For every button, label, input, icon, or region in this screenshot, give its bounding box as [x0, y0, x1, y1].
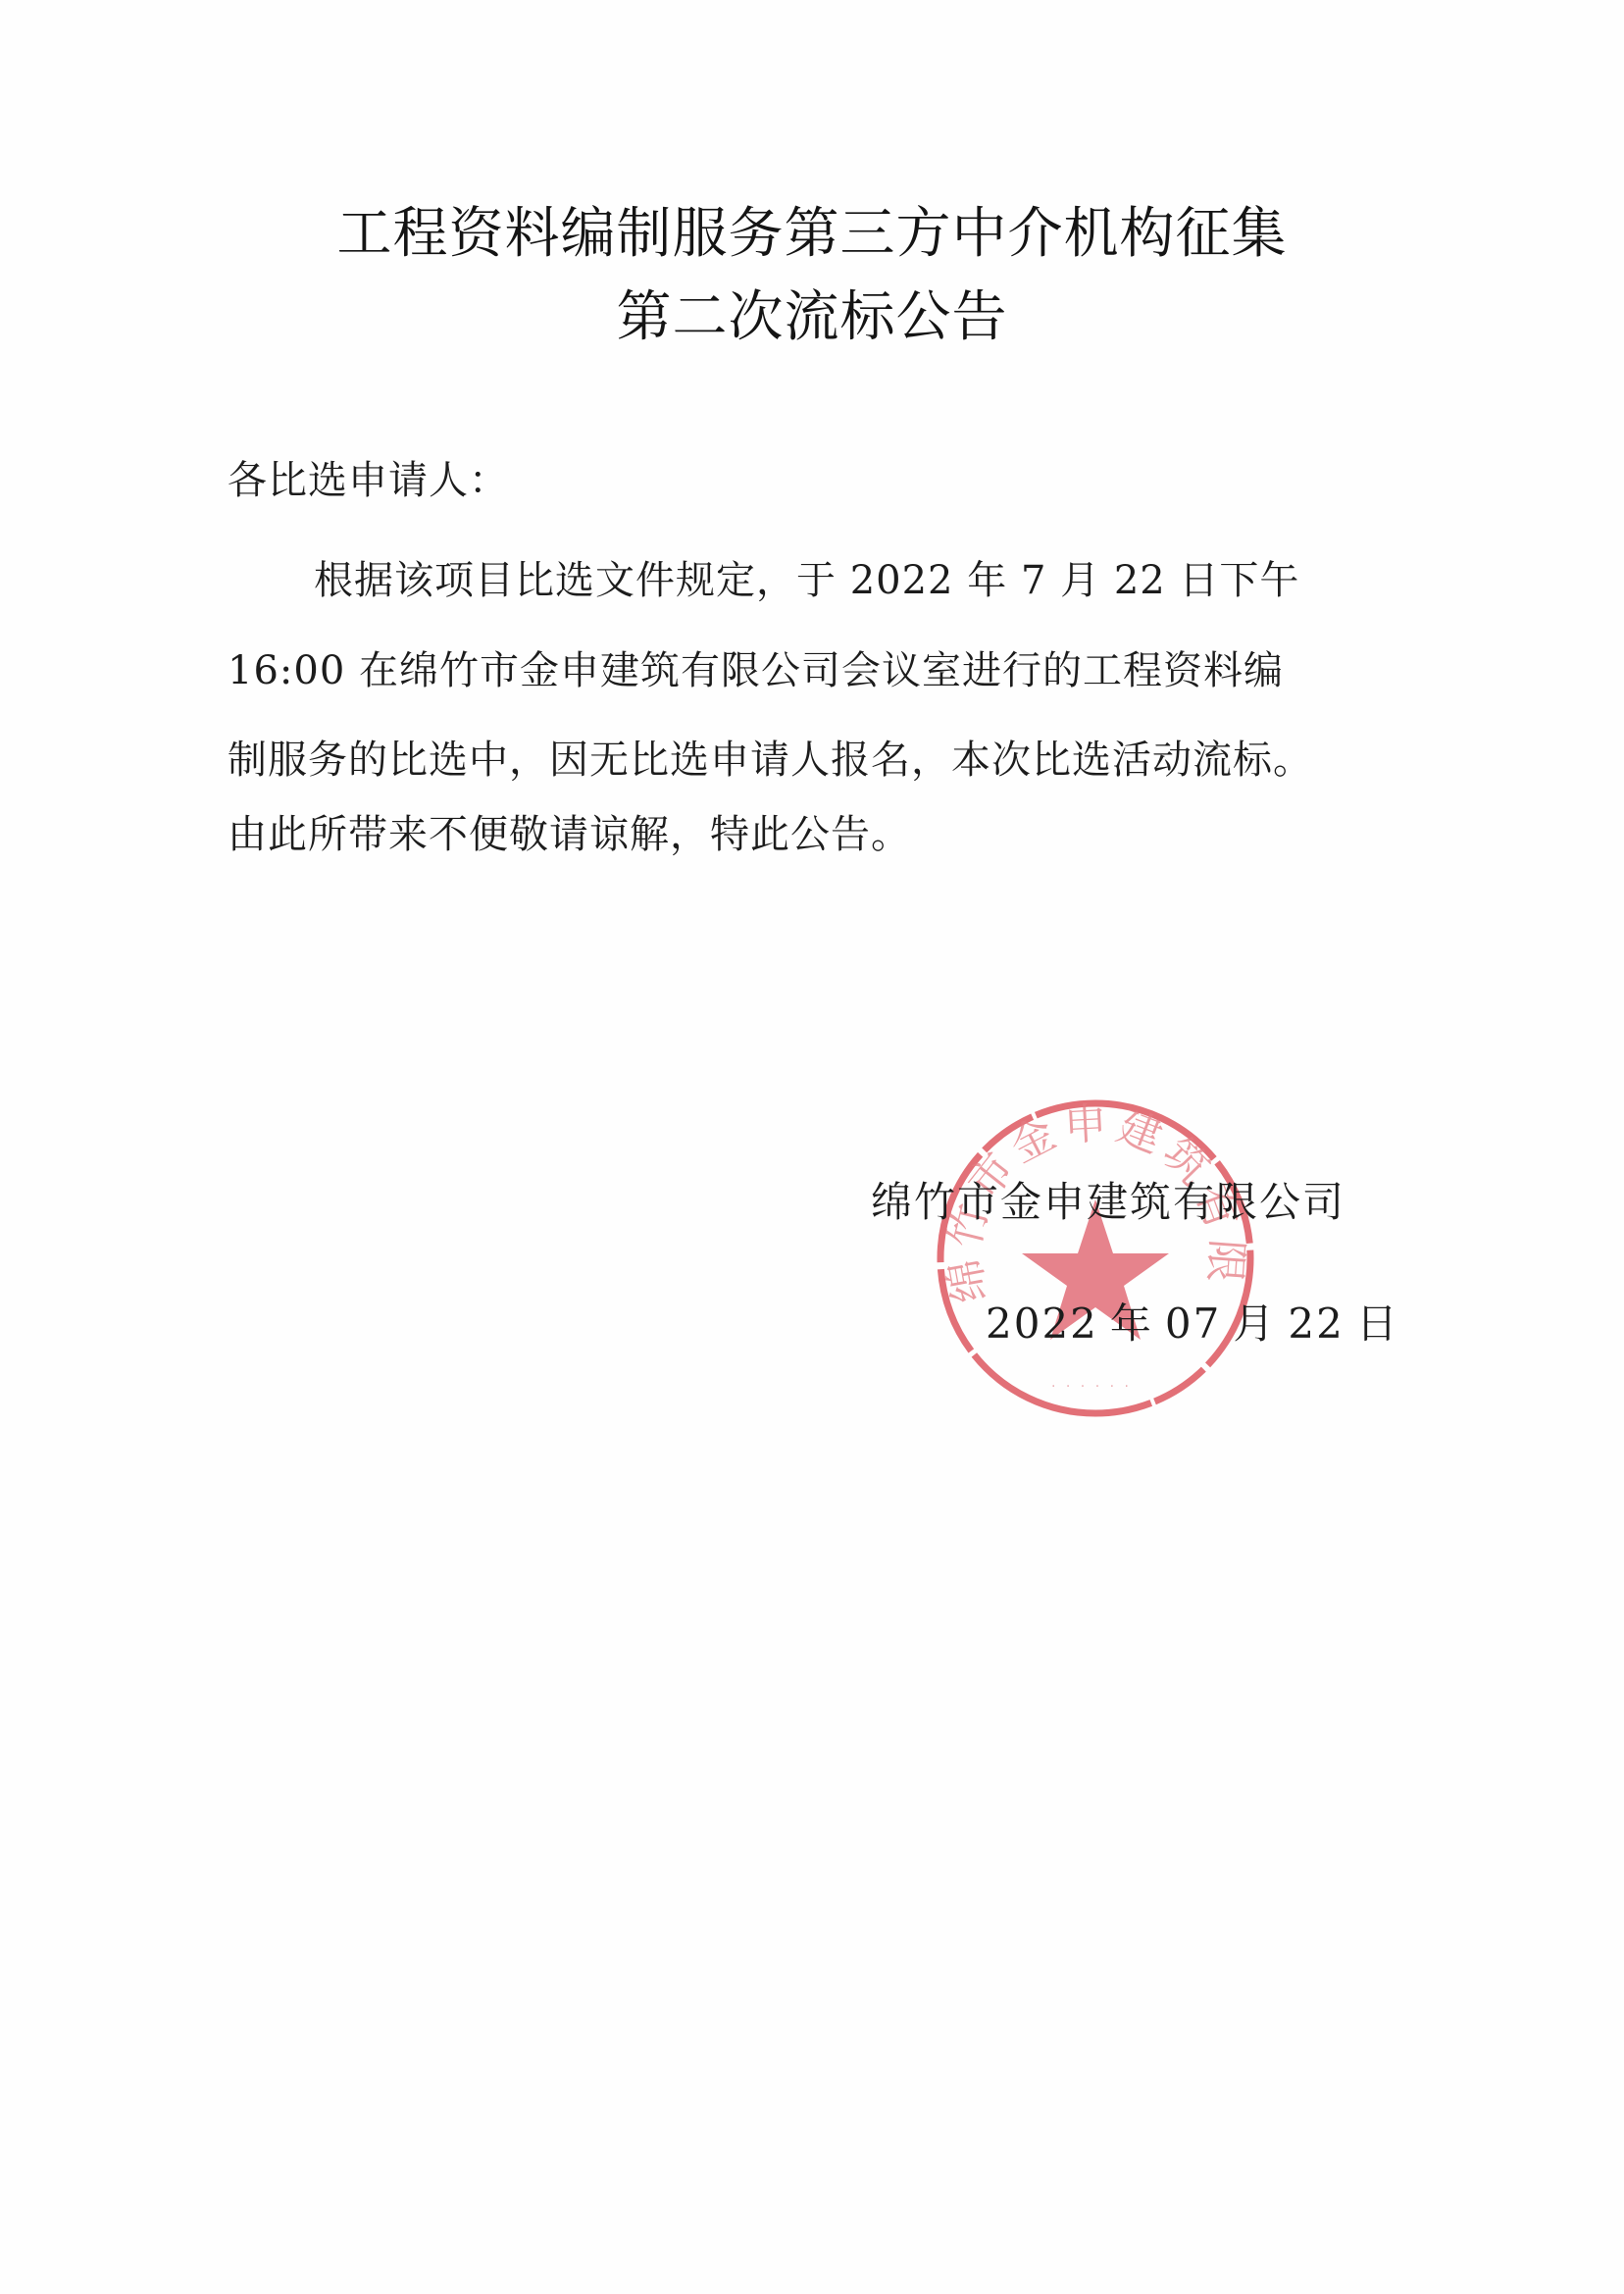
signature-company: 绵竹市金申建筑有限公司	[871, 1179, 1345, 1226]
document-title-line-2: 第二次流标公告	[0, 284, 1624, 351]
date-month: 07	[1165, 1300, 1221, 1348]
date-year: 2022	[986, 1300, 1098, 1348]
signature-date: 2022年07月22日	[986, 1300, 1411, 1348]
date-day-unit: 日	[1356, 1300, 1399, 1348]
svg-text:· · · · · ·: · · · · · ·	[1051, 1379, 1132, 1395]
document-page: 工程资料编制服务第三方中介机构征集 第二次流标公告 各比选申请人： 根据该项目比…	[0, 0, 1624, 2294]
company-seal-icon: 绵竹市金申建筑有限公司 · · · · · ·	[934, 1096, 1257, 1420]
date-month-unit: 月	[1233, 1300, 1276, 1348]
body-paragraph-line: 16:00 在绵竹市金申建筑有限公司会议室进行的工程资料编	[228, 647, 1284, 694]
date-day: 22	[1288, 1300, 1344, 1348]
body-paragraph-line: 根据该项目比选文件规定，于 2022 年 7 月 22 日下午	[314, 557, 1299, 604]
body-paragraph-line: 制服务的比选中，因无比选申请人报名，本次比选活动流标。	[228, 737, 1313, 784]
document-title-line-1: 工程资料编制服务第三方中介机构征集	[0, 201, 1624, 268]
body-paragraph-line: 由此所带来不便敬请谅解，特此公告。	[228, 811, 911, 858]
date-year-unit: 年	[1110, 1300, 1153, 1348]
salutation: 各比选申请人：	[228, 457, 509, 504]
